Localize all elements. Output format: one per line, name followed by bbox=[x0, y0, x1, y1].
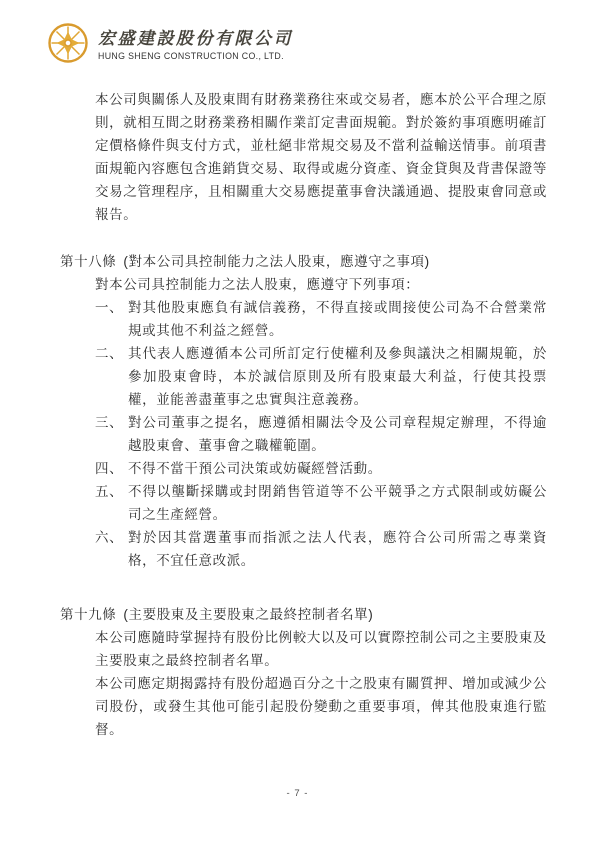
clause-text: 對公司董事之提名，應遵循相關法令及公司章程規定辦理，不得逾越股東會、董事會之職權… bbox=[128, 411, 547, 457]
clause-item: 四、 不得不當干預公司決策或妨礙經營活動。 bbox=[95, 457, 547, 480]
article-title: (主要股東及主要股東之最終控制者名單) bbox=[123, 607, 373, 622]
clause-text: 其代表人應遵循本公司所訂定行使權利及參與議決之相關規範，於參加股東會時，本於誠信… bbox=[128, 342, 547, 411]
clause-text: 不得不當干預公司決策或妨礙經營活動。 bbox=[128, 457, 547, 480]
clause-item: 一、 對其他股東應負有誠信義務，不得直接或間接使公司為不合營業常規或其他不利益之… bbox=[95, 296, 547, 342]
clause-item: 三、 對公司董事之提名，應遵循相關法令及公司章程規定辦理，不得逾越股東會、董事會… bbox=[95, 411, 547, 457]
page-footer: - 7 - bbox=[0, 788, 595, 799]
clause-text: 對於因其當選董事而指派之法人代表，應符合公司所需之專業資格，不宜任意改派。 bbox=[128, 526, 547, 572]
document-body: 本公司與關係人及股東間有財務業務往來或交易者，應本於公平合理之原則，就相互間之財… bbox=[60, 88, 547, 741]
clause-item: 五、 不得以壟斷採購或封閉銷售管道等不公平競爭之方式限制或妨礙公司之生產經營。 bbox=[95, 480, 547, 526]
clause-text: 對其他股東應負有誠信義務，不得直接或間接使公司為不合營業常規或其他不利益之經營。 bbox=[128, 296, 547, 342]
company-name-block: 宏盛建設股份有限公司 HUNG SHENG CONSTRUCTION CO., … bbox=[98, 22, 293, 62]
article-title: (對本公司具控制能力之法人股東，應遵守之事項) bbox=[123, 254, 429, 269]
article-number: 第十八條 bbox=[60, 254, 116, 269]
article-18-heading: 第十八條(對本公司具控制能力之法人股東，應遵守之事項) bbox=[60, 250, 547, 273]
clause-marker: 二、 bbox=[95, 342, 128, 365]
letterhead: 宏盛建設股份有限公司 HUNG SHENG CONSTRUCTION CO., … bbox=[47, 22, 293, 64]
article-18: 第十八條(對本公司具控制能力之法人股東，應遵守之事項) 對本公司具控制能力之法人… bbox=[60, 250, 547, 572]
article-19-paragraph-1: 本公司應隨時掌握持有股份比例較大以及可以實際控制公司之主要股東及主要股東之最終控… bbox=[95, 626, 547, 672]
company-logo-icon bbox=[47, 22, 89, 64]
document-page: 宏盛建設股份有限公司 HUNG SHENG CONSTRUCTION CO., … bbox=[0, 0, 595, 842]
article-18-clauses: 一、 對其他股東應負有誠信義務，不得直接或間接使公司為不合營業常規或其他不利益之… bbox=[60, 296, 547, 572]
page-number: - 7 - bbox=[287, 788, 309, 799]
clause-marker: 四、 bbox=[95, 457, 128, 480]
clause-marker: 五、 bbox=[95, 480, 128, 503]
article-number: 第十九條 bbox=[60, 607, 116, 622]
article-19: 第十九條(主要股東及主要股東之最終控制者名單) 本公司應隨時掌握持有股份比例較大… bbox=[60, 603, 547, 741]
clause-marker: 一、 bbox=[95, 296, 128, 319]
article-19-paragraph-2: 本公司應定期揭露持有股份超過百分之十之股東有關質押、增加或減少公司股份，或發生其… bbox=[95, 672, 547, 741]
article-18-lead: 對本公司具控制能力之法人股東，應遵守下列事項： bbox=[95, 273, 547, 296]
clause-item: 二、 其代表人應遵循本公司所訂定行使權利及參與議決之相關規範，於參加股東會時，本… bbox=[95, 342, 547, 411]
article-19-heading: 第十九條(主要股東及主要股東之最終控制者名單) bbox=[60, 603, 547, 626]
clause-marker: 三、 bbox=[95, 411, 128, 434]
clause-item: 六、 對於因其當選董事而指派之法人代表，應符合公司所需之專業資格，不宜任意改派。 bbox=[95, 526, 547, 572]
company-name-en: HUNG SHENG CONSTRUCTION CO., LTD. bbox=[98, 51, 293, 62]
clause-text: 不得以壟斷採購或封閉銷售管道等不公平競爭之方式限制或妨礙公司之生產經營。 bbox=[128, 480, 547, 526]
clause-marker: 六、 bbox=[95, 526, 128, 549]
company-name-zh: 宏盛建設股份有限公司 bbox=[98, 29, 293, 49]
intro-paragraph: 本公司與關係人及股東間有財務業務往來或交易者，應本於公平合理之原則，就相互間之財… bbox=[95, 88, 547, 226]
